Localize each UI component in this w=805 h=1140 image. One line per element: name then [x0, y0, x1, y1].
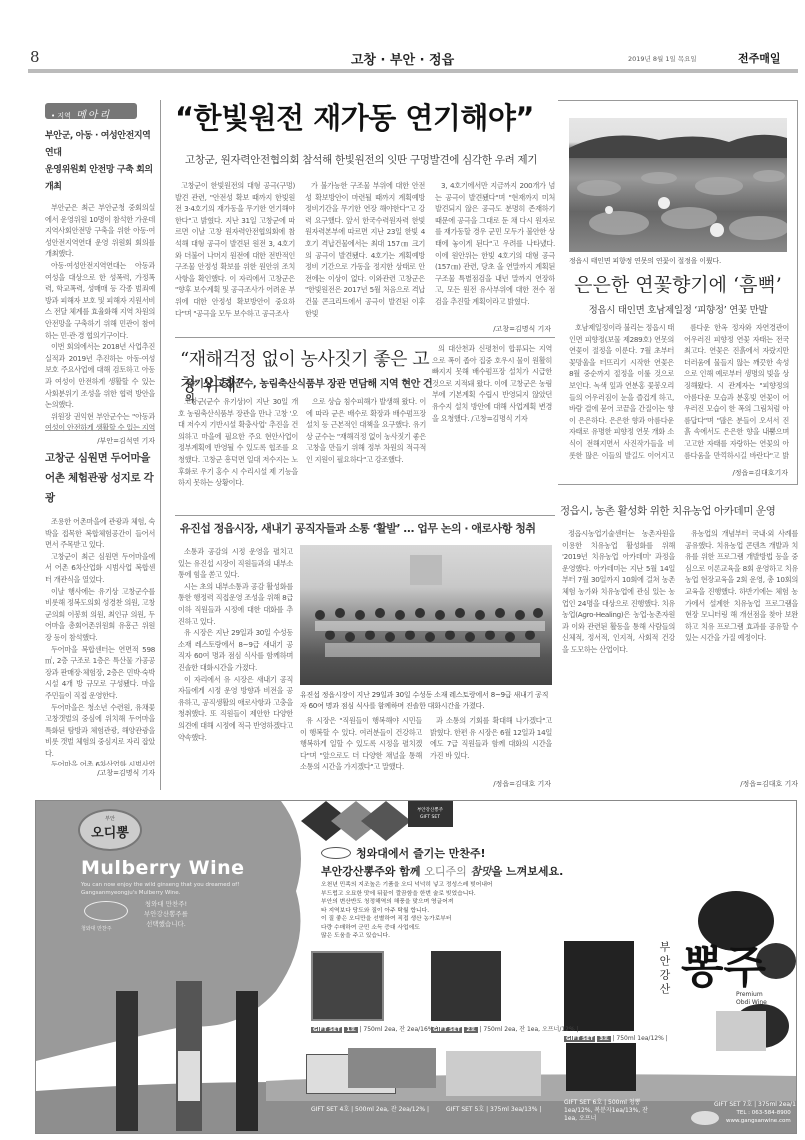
divider	[175, 337, 555, 338]
ad-headline-1: 청와대에서 즐기는 만찬주!	[356, 845, 486, 861]
bullet-icon: •	[51, 112, 55, 120]
main-subheadline: 고창군, 원자력안전협의회 참석해 한빛원전의 잇딴 구멍발견에 심각한 우려 …	[185, 152, 565, 167]
gift-set-label: GIFT SET 4호 | 500ml 2ea, 잔 2ea/12% |	[311, 1104, 429, 1113]
gift-set-5-image	[446, 1051, 541, 1096]
ad-body: 오천년 민족의 지조높은 기품을 오디 넉넉히 넣고 정성스레 빚어내어 부드럽…	[321, 881, 581, 941]
wine-bottles	[96, 981, 276, 1131]
gift-set-4-box	[348, 1048, 436, 1088]
brand-logo: 부안 오디뽕	[78, 809, 142, 851]
article-column: 름다운 한옥 정자와 자연경관이 어우러진 피향정 연꽃 자태는 전국 최고다.…	[684, 322, 789, 462]
gift-set-label: GIFT SET 2호 | 750ml 2ea, 잔 1ea, 오프너/12% …	[431, 1024, 579, 1033]
brand-calligraphy-small: 부안강산	[656, 941, 672, 997]
headline-line: 어촌 체험관광 성지로 각광	[45, 468, 155, 508]
article-column: 호남제일정이라 불리는 정읍시 태인면 피향정(보물 제289호) 연못의 연꽃…	[569, 322, 674, 462]
brand-seal-icon	[691, 1111, 719, 1125]
ad-tagline: You can now enjoy the wild ginseng that …	[81, 881, 251, 897]
left-article-2: 고창군 심원면 두어마을 어촌 체험관광 성지로 각광 조용한 어촌마을에 관광…	[45, 448, 155, 778]
header-rule	[28, 69, 798, 73]
photo-caption: 유진섭 정읍시장이 지난 29일과 30일 수성동 소재 레스토랑에서 8~9급…	[300, 690, 552, 712]
byline: /고창=김명식 기자	[45, 768, 155, 778]
photo-caption: 정읍시 태인면 피향정 연못의 연꽃이 절정을 이뤘다.	[569, 256, 787, 267]
lotus-subheadline: 정읍시 태인면 호남제일정 ‘피향정’ 연꽃 만발	[558, 302, 798, 316]
gift-set-6-image	[566, 1043, 636, 1091]
gift-set-label: GIFT SET 6호 | 500ml 청뽕1ea/12%, 복분자1ea/13…	[564, 1099, 659, 1123]
byline: /고창=김명식 기자	[455, 324, 551, 334]
gift-badge: 부안강산뽕주 GIFT SET	[410, 807, 450, 821]
gift-set-label: GIFT SET 3호 | 750ml 1ea/12% |	[564, 1034, 668, 1042]
bluehouse-text: 청와대 만찬주! 부안강산뽕주를 선택했습니다.	[144, 899, 188, 929]
divider	[45, 430, 155, 431]
article-column: 정읍시농업기술센터는 농촌자원을 이용한 치유농업 활성화를 위해 '2019년…	[562, 528, 675, 776]
headline-line: 고창군 심원면 두어마을	[45, 448, 155, 468]
website-url[interactable]: www.gangsanwine.com	[726, 1117, 791, 1125]
premium-label: Premium Obdi Wine	[736, 991, 767, 1007]
contact-info: TEL : 063-584-8900 www.gangsanwine.com	[726, 1109, 791, 1125]
mayor-article-bottom: 유 시장은 "직원들이 행복해야 시민들이 행복할 수 있다. 여러분들이 건강…	[300, 715, 552, 775]
issue-date: 2019년 8월 1일 목요일	[628, 54, 697, 63]
mayor-headline: 유진섭 정읍시장, 새내기 공직자들과 소통 ‘활발’ … 업무 논의 · 애로…	[180, 520, 560, 536]
byline: /정읍=김대호 기자	[455, 779, 551, 789]
bluehouse-emblem-icon	[84, 901, 128, 921]
advertisement: 부안 오디뽕 Mulberry Wine You can now enjoy t…	[35, 800, 797, 1134]
divider	[175, 515, 555, 516]
column-badge: • 지역 메아리	[45, 103, 137, 119]
article-column: 으로 상습 침수피해가 발생해 왔다. 이에 따라 군은 배수로 확장과 배수펌…	[306, 396, 426, 506]
article-body: 조용한 어촌마을에 관광과 체험, 숙박을 접목한 복합체험공간이 들어서면서 …	[45, 516, 155, 766]
lotus-photo	[569, 118, 787, 252]
article-body: 부안군은 최근 부안군청 중회의실에서 운영위원 10명이 참석한 가운데 지역…	[45, 202, 155, 434]
ad-headline-2: 부안강산뽕주와 함께 오디주의 참맛을 느껴보세요.	[321, 863, 563, 879]
lotus-photo-illustration	[569, 118, 787, 252]
left-article-1: 부안군, 아동 · 여성안전지역연대 운영위원회 안전망 구축 회의 개최 부안…	[45, 128, 155, 446]
farm-article-body: 고창군(군수 유기상)이 지난 30일 개호 농림축산식품부 장관을 만나 고창…	[178, 396, 426, 506]
ad-title: Mulberry Wine	[81, 857, 245, 879]
newspaper-name: 전주매일	[738, 50, 781, 66]
lotus-headline: 은은한 연꽃향기에 ‘흠뻑’	[558, 270, 798, 297]
gift-set-label: GIFT SET 7호 | 375ml 2ea/13% |	[714, 1099, 797, 1108]
bluehouse-emblem-icon	[321, 847, 351, 859]
article-column: 과 소통의 기회를 확대해 나가겠다"고 밝혔다. 한편 유 시장은 6월 12…	[430, 715, 552, 775]
article-column: 고창군이 한빛원전의 대형 공극(구멍) 발견 관련, "안전성 확보 때까지 …	[175, 180, 295, 330]
column-divider	[160, 100, 161, 790]
group-photo	[300, 545, 552, 685]
article-column: 유 시장은 "직원들이 행복해야 시민들이 행복할 수 있다. 여러분들이 건강…	[300, 715, 422, 775]
article-column: 3, 4호기에서만 지금까지 200개가 넘는 공극이 발견됐다"며 "현재까지…	[435, 180, 555, 330]
bluehouse-label: 청와대 만찬주	[81, 925, 112, 932]
article-column: 가 불가능한 구조물 부위에 대한 안전성 확보방안이 마련될 때까지 계획예방…	[305, 180, 425, 330]
gift-set-7-image	[716, 1011, 766, 1051]
group-photo-illustration	[300, 545, 552, 685]
gift-set-2-image	[431, 951, 501, 1021]
brand-calligraphy-big: 뽕주	[681, 931, 766, 995]
academy-article-body: 정읍시농업기술센터는 농촌자원을 이용한 치유농업 활성화를 위해 '2019년…	[562, 528, 798, 776]
main-article-body: 고창군이 한빛원전의 대형 공극(구멍) 발견 관련, "안전성 확보 때까지 …	[175, 180, 555, 330]
badge-small-label: 지역	[57, 112, 71, 120]
mayor-article-left: 소통과 공감의 시정 운영을 펼치고 있는 유진섭 시장이 직원들과의 내부소통…	[178, 546, 293, 791]
lotus-article-body: 호남제일정이라 불리는 정읍시 태인면 피향정(보물 제289호) 연못의 연꽃…	[569, 322, 789, 462]
main-headline: “한빛원전 재가동 연기해야”	[175, 96, 555, 137]
academy-headline: 정읍시, 농촌 활성화 위한 치유농업 아카데미 운영	[560, 503, 800, 518]
article-column: 고창군(군수 유기상)이 지난 30일 개호 농림축산식품부 장관을 만나 고창…	[178, 396, 298, 506]
farm-article-column-3: 의 대산천과 신평천이 합류되는 지역으로 폭이 좁아 집중 호우시 물이 원활…	[432, 343, 552, 508]
headline-line: 운영위원회 안전망 구축 회의 개최	[45, 162, 155, 196]
headline-line: 부안군, 아동 · 여성안전지역연대	[45, 128, 155, 162]
gift-set-label: GIFT SET 5호 | 375ml 3ea/13% |	[446, 1104, 541, 1113]
byline: /정읍=김대호 기자	[700, 779, 798, 789]
tel: TEL : 063-584-8900	[726, 1109, 791, 1117]
badge-big-label: 메아리	[76, 110, 111, 121]
gift-set-label: GIFT SET 1호 | 750ml 2ea, 잔 2ea/16% |	[311, 1024, 437, 1033]
article-column: 유농업의 개념부터 국내·외 사례를 공유했다. 치유농업 콘텐츠 개발과 치유…	[685, 528, 798, 776]
byline: /부안=김석연 기자	[45, 436, 155, 446]
gift-set-3-image	[564, 941, 634, 1031]
byline: /정읍=김대호기자	[690, 468, 788, 478]
gift-set-1-image	[311, 951, 384, 1021]
